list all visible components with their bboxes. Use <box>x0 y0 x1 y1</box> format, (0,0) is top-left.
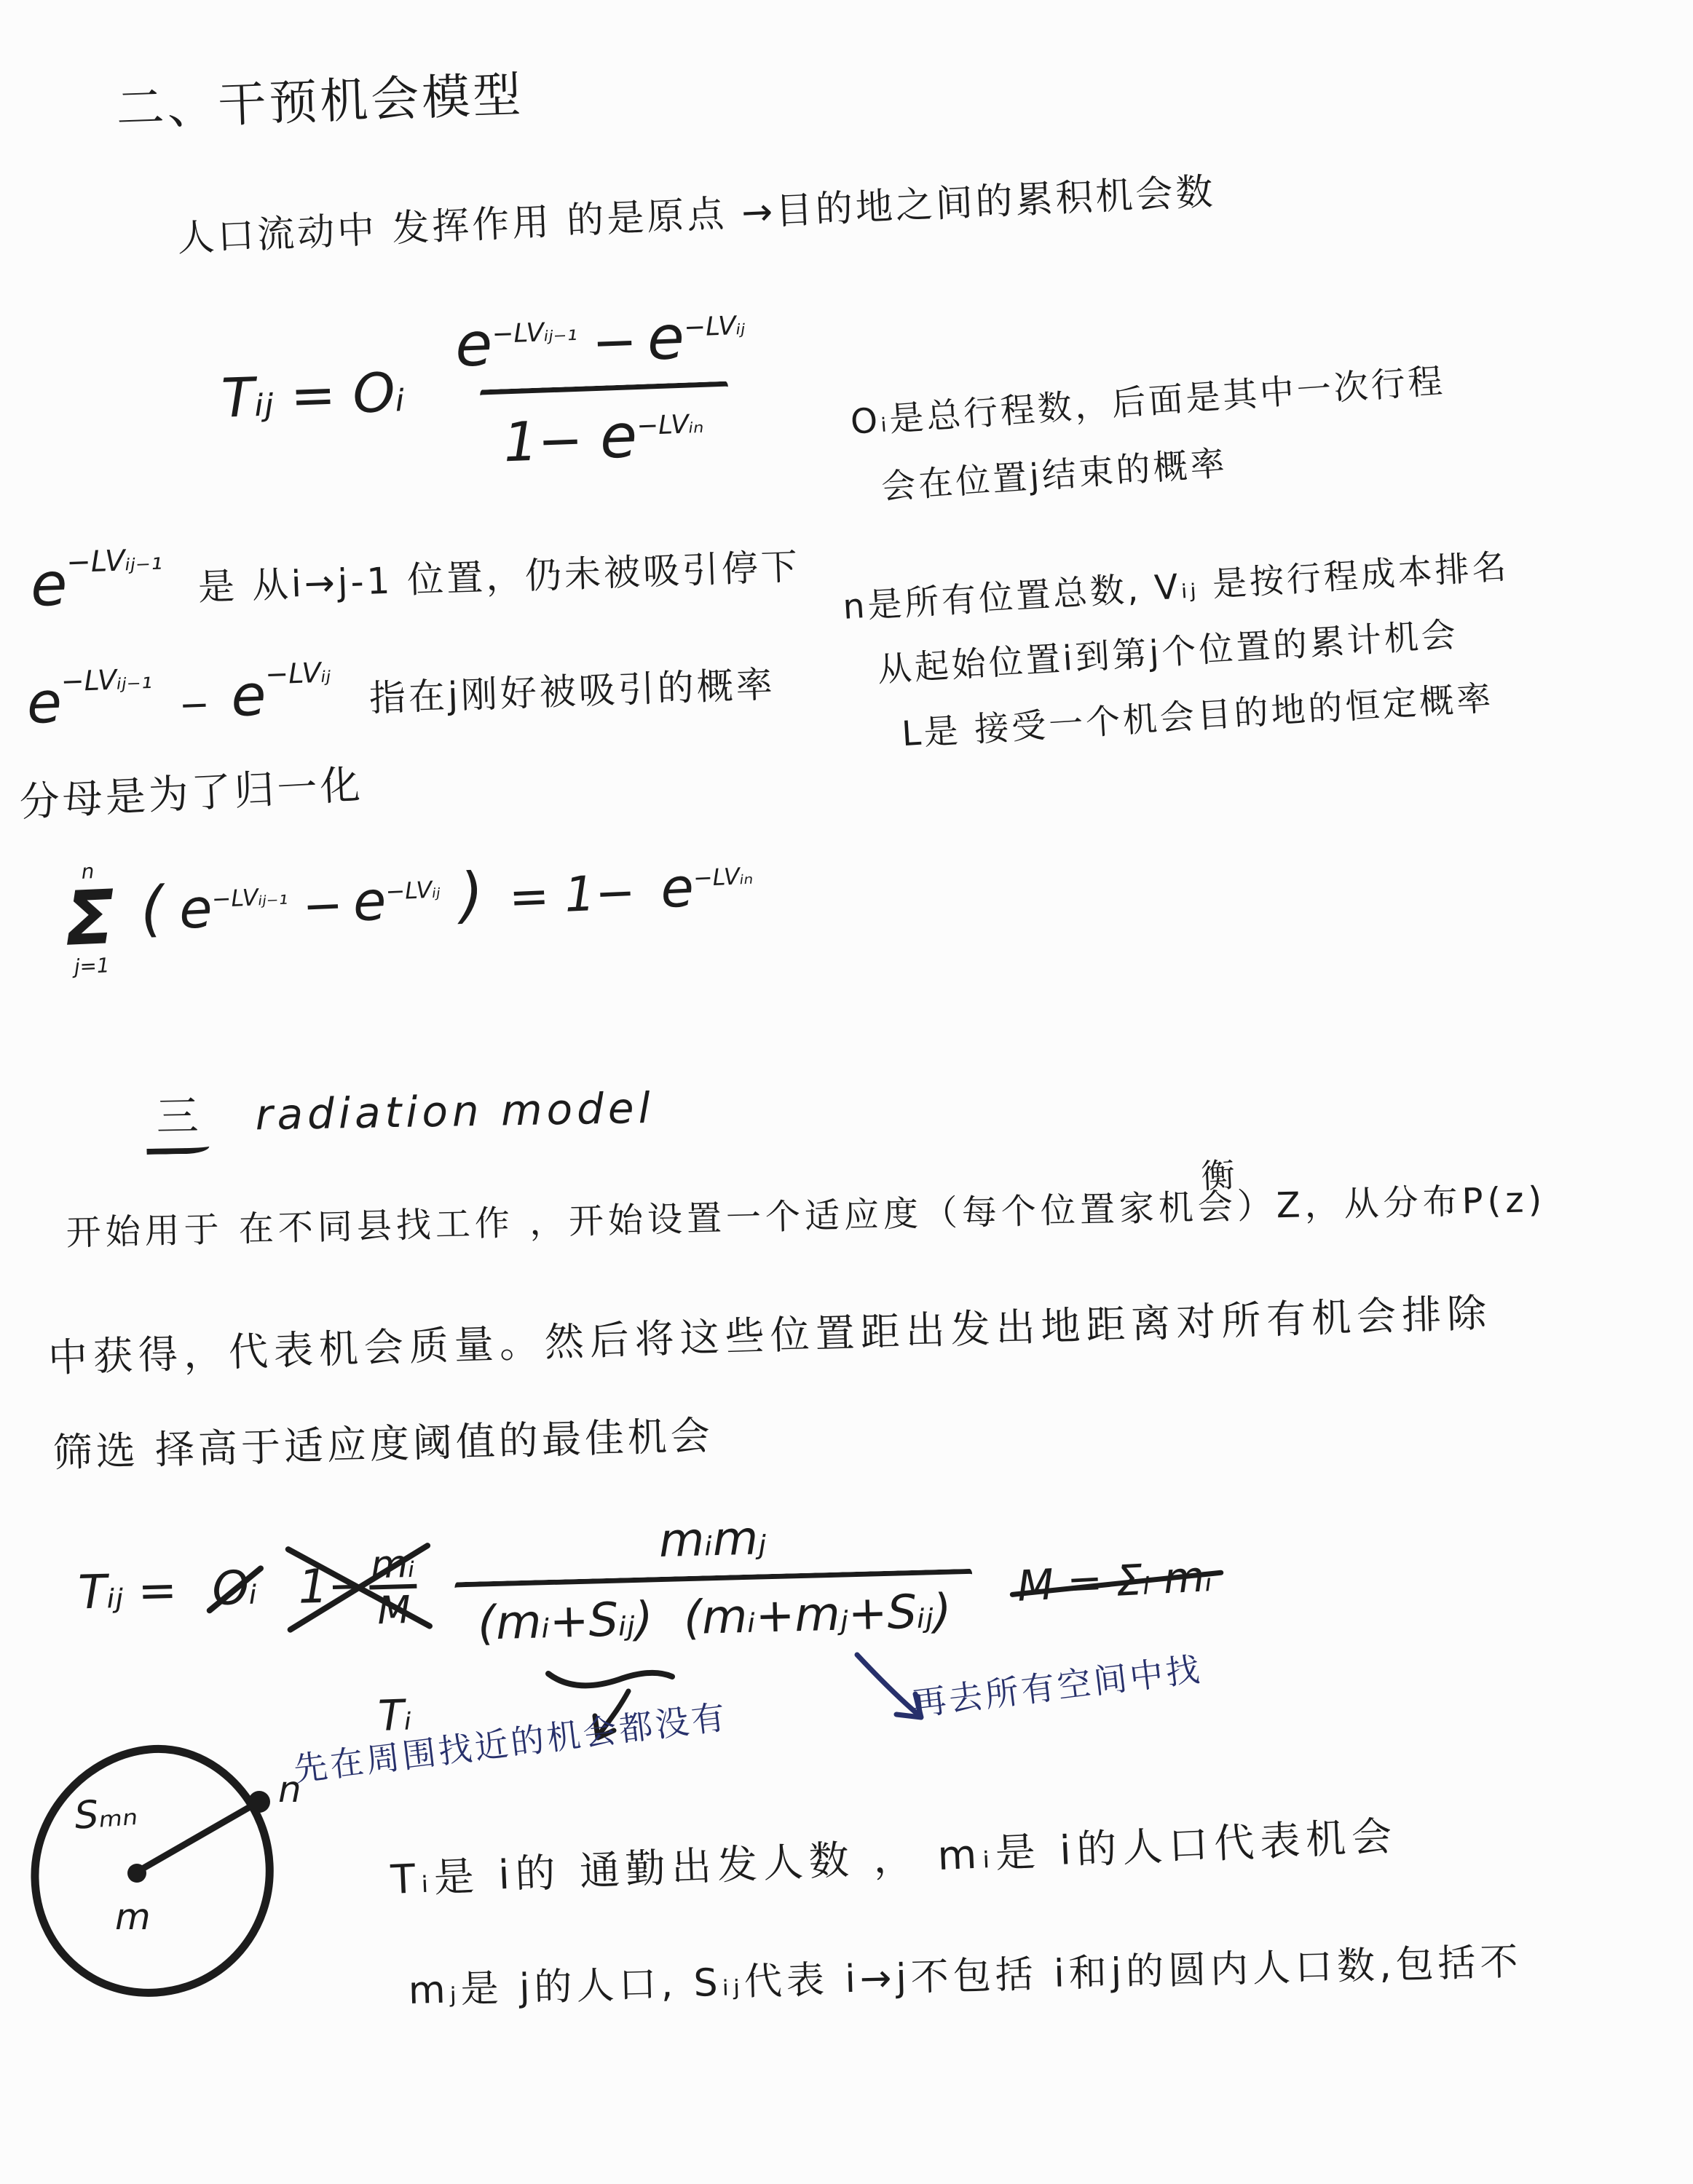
region-circle <box>35 1749 269 1993</box>
formula3-numerator: mᵢmⱼ <box>639 1507 786 1578</box>
section2-title: 二、干预机会模型 <box>115 62 525 141</box>
note-denominator-normalization: 分母是为了归一化 <box>18 757 364 829</box>
formula-normalization-sum: n Σ j=1 ( e−LVᵢⱼ₋₁−e−LVᵢⱼ ) = 1− e−LVᵢₙ <box>62 832 760 977</box>
crossed-out-oi: Oᵢ <box>211 1557 258 1621</box>
section3-heading: 三radiation model <box>146 1080 655 1145</box>
m-definition-struck: M = Σᵢ mᵢ <box>1016 1548 1214 1615</box>
note-capture-text: 指在j刚好被吸引的概率 <box>368 663 776 719</box>
para-radiation-line1: 开始用于 在不同县找工作 ，开始设置一个适应度（每个位置家机会）Z，从分布P(z… <box>66 1176 1547 1257</box>
para-radiation-line3: 筛选 择高于适应度阈值的最佳机会 <box>52 1409 714 1480</box>
factor-prefix: 1− <box>298 1559 368 1614</box>
formula3-lhs: Tᵢⱼ = <box>77 1564 178 1621</box>
e-term: e <box>25 670 63 737</box>
den-term-2: (mᵢ+mⱼ+Sᵢⱼ) <box>683 1585 952 1646</box>
factor-denominator: M <box>369 1584 418 1631</box>
sigma-sum: n Σ j=1 <box>62 860 118 978</box>
formula1-numerator: e−LVᵢⱼ₋₁−e−LVᵢⱼ <box>435 294 770 392</box>
e-exponent: −LVᵢⱼ₋₁ <box>60 662 152 697</box>
sigma-symbol: Σ <box>63 881 117 957</box>
e-exponent: −LVᵢⱼ₋₁ <box>211 884 288 914</box>
e-exponent: −LVᵢⱼ₋₁ <box>66 543 162 580</box>
e-term: e <box>29 550 68 620</box>
diagram-label-smn: Sₘₙ <box>73 1787 139 1842</box>
blue-note-whole-space: 再去所有空间中找 <box>910 1646 1205 1726</box>
formula1-denominator: 1− e−LVᵢₙ <box>480 381 732 482</box>
e-term: e <box>454 309 493 381</box>
formula1-fraction: e−LVᵢⱼ₋₁−e−LVᵢⱼ 1− e−LVᵢₙ <box>435 294 773 484</box>
bottom-line-ti-mi: Tᵢ是 i的 通勤出发人数 ， mᵢ是 i的人口代表机会 <box>390 1809 1399 1907</box>
e-term: e <box>646 302 685 374</box>
e-exponent: −LVᵢⱼ <box>265 657 331 691</box>
note-capture-term: e−LVᵢⱼ₋₁ − e−LVᵢⱼ 指在j刚好被吸引的概率 <box>25 640 776 743</box>
formula-radiation: Tᵢⱼ = Oᵢ 1−mᵢM mᵢmⱼ (mᵢ+Sᵢⱼ) (mᵢ+mⱼ+Sᵢⱼ) <box>76 1502 974 1666</box>
formula3-denominator: (mᵢ+Sᵢⱼ) (mᵢ+mⱼ+Sᵢⱼ) <box>455 1569 974 1656</box>
den-term-1: (mᵢ+Sᵢⱼ) <box>477 1593 653 1651</box>
factor-numerator: mᵢ <box>366 1544 419 1586</box>
e-exponent: −LVᵢⱼ <box>684 311 746 343</box>
handwritten-notes-page: 二、干预机会模型 人口流动中 发挥作用 的是原点 →目的地之间的累积机会数 Tᵢ… <box>0 0 1693 2184</box>
para-radiation-line2: 中获得，代表机会质量。然后将这些位置距出发出地距离对所有机会排除 <box>47 1287 1493 1385</box>
circle-diagram <box>15 1736 306 2027</box>
destination-point-n <box>248 1791 270 1813</box>
left-paren: ( <box>139 874 165 944</box>
section3-name: radiation model <box>255 1083 655 1140</box>
blue-note-nearby: 先在周围找近的机会都没有 <box>291 1694 730 1792</box>
e-term: e <box>230 663 267 730</box>
den-prefix: 1− <box>502 408 601 475</box>
formula3-fraction: mᵢmⱼ (mᵢ+Sᵢⱼ) (mᵢ+mⱼ+Sᵢⱼ) <box>453 1502 974 1656</box>
note-survival-text: 是 从i→j-1 位置，仍未被吸引停下 <box>197 545 801 609</box>
section2-intro-line: 人口流动中 发挥作用 的是原点 →目的地之间的累积机会数 <box>176 167 1217 265</box>
minus-sign: − <box>178 683 210 726</box>
diagram-label-n: n <box>278 1765 301 1815</box>
crossed-out-factor: 1−mᵢM <box>293 1538 425 1639</box>
minus-sign: − <box>591 310 638 374</box>
e-exponent: −LVᵢₙ <box>692 863 753 893</box>
e-term: e <box>599 400 638 472</box>
e-exponent: −LVᵢₙ <box>636 409 704 441</box>
section3-number: 三 <box>146 1091 210 1154</box>
radius-line <box>140 1803 256 1870</box>
bottom-line-mj-sij: mⱼ是 j的人口, Sᵢⱼ代表 i→j不包括 i和j的圆内人口数,包括不 <box>408 1936 1523 2017</box>
e-term: e <box>352 870 387 934</box>
diagram-label-m: m <box>115 1893 151 1942</box>
e-exponent: −LVᵢⱼ₋₁ <box>492 317 577 349</box>
equals-rhs: = 1− <box>508 863 652 925</box>
note-n-v-l: n是所有位置总数, Vᵢⱼ 是按行程成本排名 从起始位置i到第j个位置的累计机会… <box>841 534 1519 769</box>
e-exponent: −LVᵢⱼ <box>385 877 441 905</box>
formula-intervening-opportunities: Tᵢⱼ = Oᵢ e−LVᵢⱼ₋₁−e−LVᵢⱼ 1− e−LVᵢₙ <box>218 294 773 491</box>
note-survival-term: e−LVᵢⱼ₋₁ 是 从i→j-1 位置，仍未被吸引停下 <box>29 519 801 627</box>
note-total-trips: Oᵢ是总行程数，后面是其中一次行程 会在位置j结束的概率 <box>848 348 1452 523</box>
e-term: e <box>659 856 695 920</box>
right-paren: ) <box>459 860 485 930</box>
sum-lower-limit: j=1 <box>74 955 110 977</box>
e-term: e <box>178 877 213 941</box>
formula1-lhs: Tᵢⱼ = Oᵢ <box>221 361 406 430</box>
factor-fraction: mᵢM <box>366 1544 421 1631</box>
minus-sign: − <box>301 877 344 934</box>
